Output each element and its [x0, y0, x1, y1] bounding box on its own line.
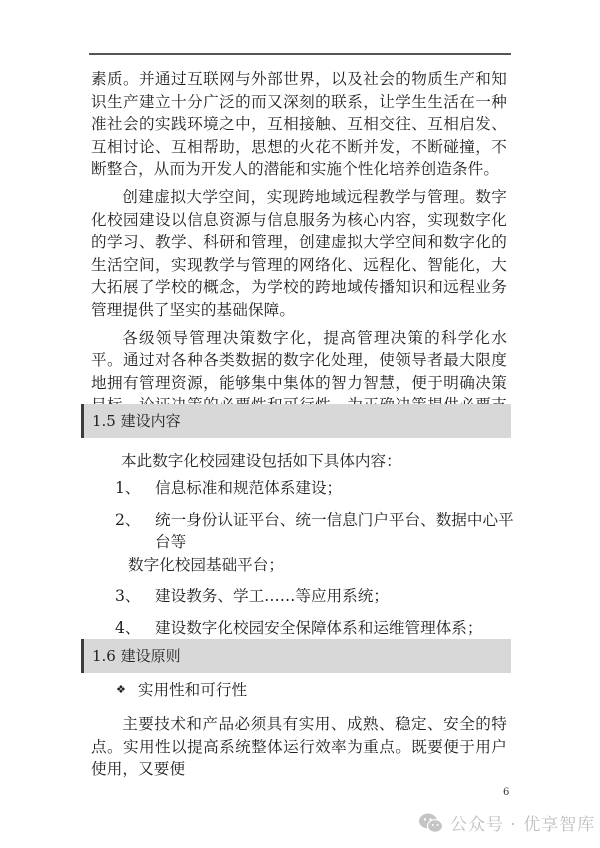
list-number: 3、 — [115, 585, 155, 608]
section-heading-1-6: 1.6 建设原则 — [81, 639, 511, 673]
bullet-item: ❖ 实用性和可行性 — [116, 679, 247, 701]
list-item: 3、 建设教务、学工……等应用系统； — [115, 585, 515, 608]
bullet-title: 实用性和可行性 — [138, 679, 247, 701]
watermark-text: 公众号 · 优享智库 — [450, 810, 595, 835]
watermark: 公众号 · 优享智库 — [418, 810, 595, 835]
list-number: 1、 — [115, 477, 155, 500]
page-number: 6 — [503, 787, 509, 798]
list-number: 4、 — [115, 617, 155, 640]
list-text: 建设数字化校园安全保障体系和运维管理体系； — [155, 617, 515, 640]
list-text-wrap: 统一身份认证平台、统一信息门户平台、数据中心平台等 数字化校园基础平台； — [155, 509, 515, 577]
section-intro: 本此数字化校园建设包括如下具体内容： — [121, 450, 402, 472]
paragraph-2: 创建虚拟大学空间，实现跨地域远程教学与管理。数字化校园建设以信息资源与信息服务为… — [91, 186, 507, 322]
list-text-continuation: 数字化校园基础平台； — [128, 554, 515, 577]
list-text: 统一身份认证平台、统一信息门户平台、数据中心平台等 — [155, 511, 514, 552]
section-heading-1-5: 1.5 建设内容 — [81, 404, 511, 438]
diamond-bullet-icon: ❖ — [116, 679, 126, 701]
list-text: 信息标准和规范体系建设； — [155, 477, 515, 500]
body-text-top: 素质。并通过互联网与外部世界，以及社会的物质生产和知识生产建立十分广泛的而又深刻… — [91, 68, 507, 445]
list-item: 2、 统一身份认证平台、统一信息门户平台、数据中心平台等 数字化校园基础平台； — [115, 509, 515, 577]
paragraph-1: 素质。并通过互联网与外部世界，以及社会的物质生产和知识生产建立十分广泛的而又深刻… — [91, 68, 507, 181]
body-text-bottom: 主要技术和产品必须具有实用、成熟、稳定、安全的特点。实用性以提高系统整体运行效率… — [91, 713, 507, 786]
wechat-icon — [418, 812, 444, 834]
list-item: 4、 建设数字化校园安全保障体系和运维管理体系； — [115, 617, 515, 640]
list-item: 1、 信息标准和规范体系建设； — [115, 477, 515, 500]
list-text: 建设教务、学工……等应用系统； — [155, 585, 515, 608]
paragraph-principle: 主要技术和产品必须具有实用、成熟、稳定、安全的特点。实用性以提高系统整体运行效率… — [91, 713, 507, 781]
header-rule — [89, 53, 511, 55]
